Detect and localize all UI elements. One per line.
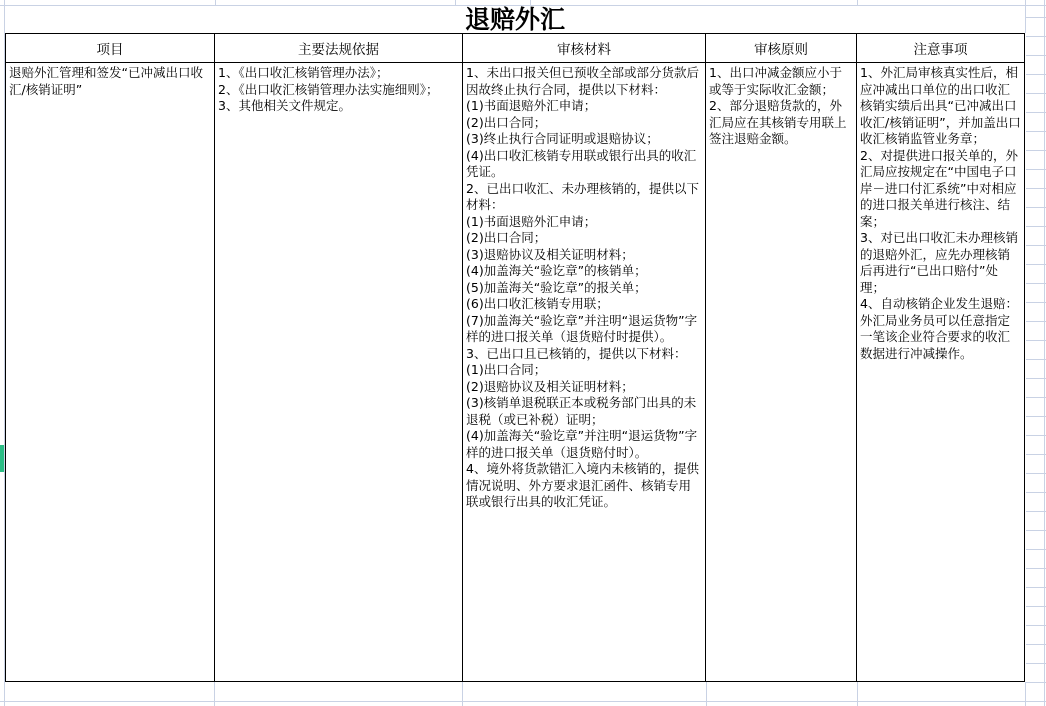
cell-project[interactable]: 退赔外汇管理和签发“已冲减出口收汇/核销证明” bbox=[6, 63, 215, 681]
cell-notes[interactable]: 1、外汇局审核真实性后，相应冲减出口单位的出口收汇核销实绩后出具“已冲减出口收汇… bbox=[857, 63, 1024, 681]
spreadsheet-canvas: 退赔外汇 项目 主要法规依据 审核材料 审核原则 注意事项 退赔外汇管理和签发“… bbox=[0, 0, 1046, 706]
selection-marker bbox=[0, 445, 4, 472]
gridline-right-margin-rows bbox=[1026, 0, 1046, 706]
column-header-legal-basis[interactable]: 主要法规依据 bbox=[215, 34, 463, 63]
gridline-title-right bbox=[1025, 0, 1026, 33]
column-header-review-principles[interactable]: 审核原则 bbox=[706, 34, 857, 63]
gridline-bottom-stub bbox=[214, 682, 215, 706]
cell-review-materials[interactable]: 1、未出口报关但已预收全部或部分货款后因故终止执行合同，提供以下材料： (1)书… bbox=[463, 63, 706, 681]
gridline-bottom-stub bbox=[706, 682, 707, 706]
column-header-review-materials[interactable]: 审核材料 bbox=[463, 34, 706, 63]
gridline-bottom-row bbox=[0, 701, 1046, 702]
cell-legal-basis[interactable]: 1、《出口收汇核销管理办法》； 2、《出口收汇核销管理办法实施细则》； 3、其他… bbox=[215, 63, 463, 681]
worksheet-table: 项目 主要法规依据 审核材料 审核原则 注意事项 退赔外汇管理和签发“已冲减出口… bbox=[5, 33, 1025, 682]
column-header-project[interactable]: 项目 bbox=[6, 34, 215, 63]
gridline-bottom-stub bbox=[462, 682, 463, 706]
column-header-notes[interactable]: 注意事项 bbox=[857, 34, 1024, 63]
cell-review-principles[interactable]: 1、出口冲减金额应小于或等于实际收汇金额； 2、部分退赔货款的，外汇局应在其核销… bbox=[706, 63, 857, 681]
gridline-bottom-stub bbox=[857, 682, 858, 706]
table-title[interactable]: 退赔外汇 bbox=[5, 5, 1025, 33]
gridline-bottom-stub bbox=[1025, 682, 1026, 706]
